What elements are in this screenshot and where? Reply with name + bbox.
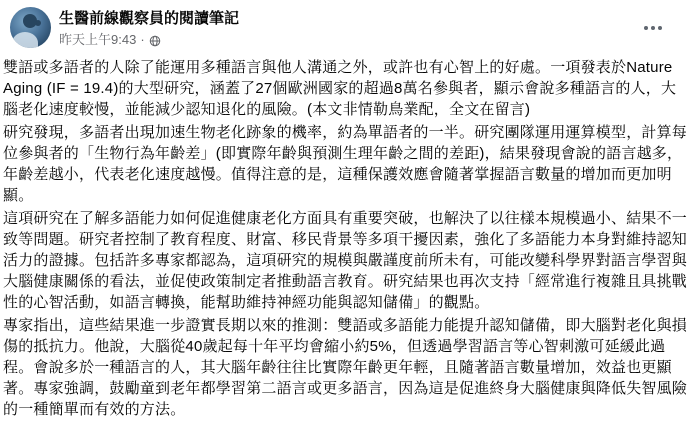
- more-options-button[interactable]: [639, 14, 667, 42]
- post-paragraph: 這項研究在了解多語能力如何促進健康老化方面具有重要突破，也解決了以往樣本規模過小…: [3, 208, 688, 313]
- post-timestamp[interactable]: 昨天上午9:43: [59, 31, 136, 48]
- post-author-info: 生醫前線觀察員的閱讀筆記 昨天上午9:43 ·: [59, 7, 239, 48]
- post-paragraph: 雙語或多語者的人除了能運用多種語言與他人溝通之外，或許也有心智上的好處。一項發表…: [3, 57, 688, 120]
- facebook-post-card: 生醫前線觀察員的閱讀筆記 昨天上午9:43 · 雙語或多語者的人除了能運用多種語…: [0, 0, 693, 422]
- post-paragraph: 研究發現，多語者出現加速生物老化跡象的機率，約為單語者的一半。研究團隊運用運算模…: [3, 122, 688, 206]
- post-header: 生醫前線觀察員的閱讀筆記 昨天上午9:43 ·: [0, 0, 693, 48]
- meta-separator: ·: [140, 31, 144, 48]
- post-meta: 昨天上午9:43 ·: [59, 31, 239, 48]
- avatar[interactable]: [10, 7, 51, 48]
- globe-icon: [149, 34, 161, 46]
- post-content: 雙語或多語者的人除了能運用多種語言與他人溝通之外，或許也有心智上的好處。一項發表…: [0, 48, 693, 420]
- ellipsis-icon: [644, 26, 662, 30]
- page-name[interactable]: 生醫前線觀察員的閱讀筆記: [59, 9, 239, 29]
- post-paragraph: 專家指出，這些結果進一步證實長期以來的推測：雙語或多語能力能提升認知儲備，即大腦…: [3, 315, 688, 420]
